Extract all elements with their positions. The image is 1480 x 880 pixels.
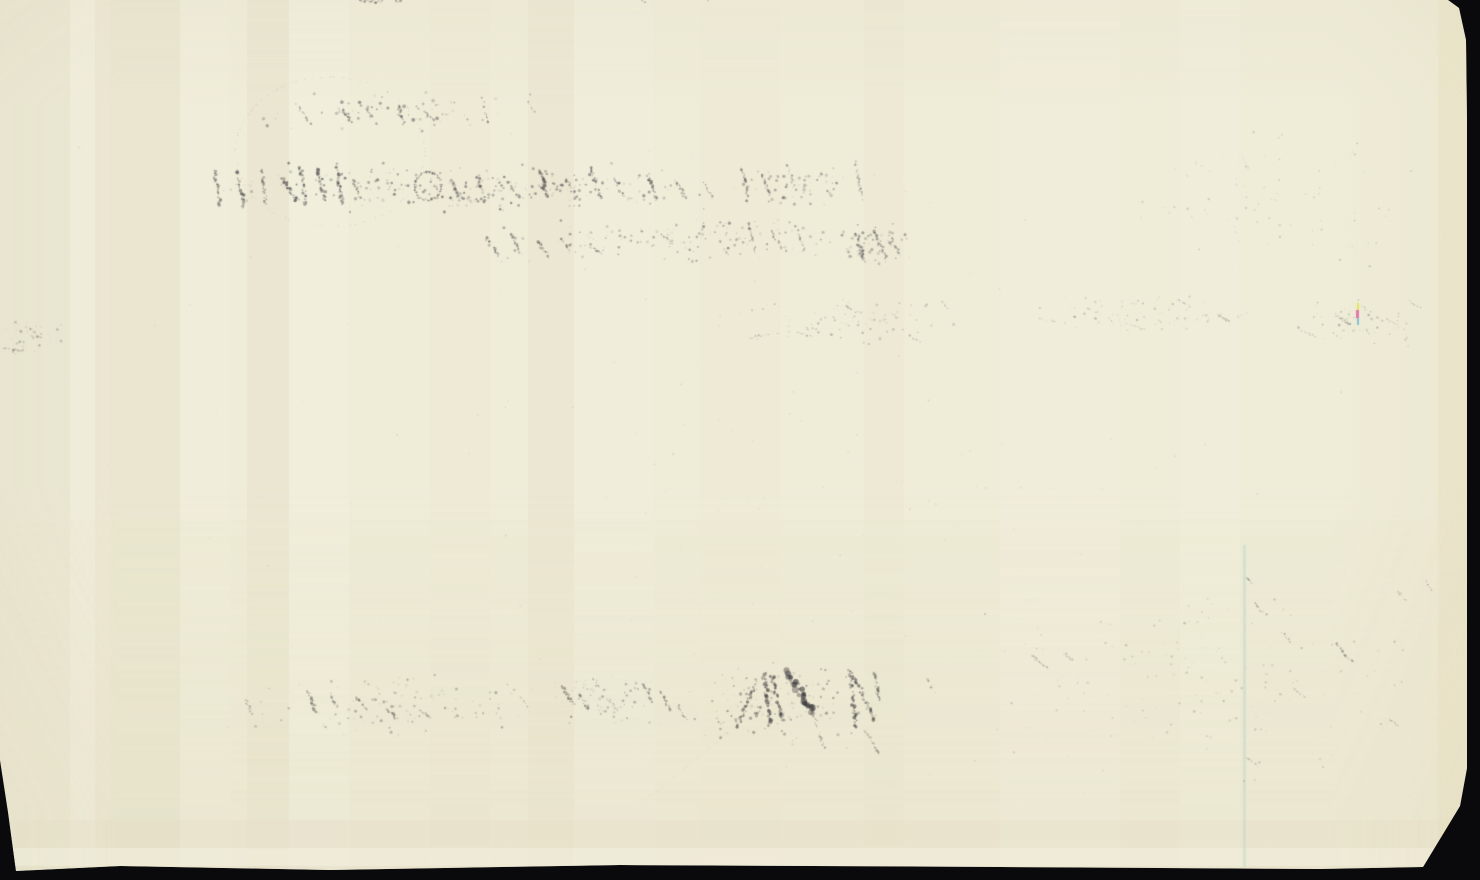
paper-sheet <box>0 0 1480 880</box>
ink-bleedthrough-stains <box>0 0 1480 880</box>
scanned-card-verso <box>0 0 1480 880</box>
